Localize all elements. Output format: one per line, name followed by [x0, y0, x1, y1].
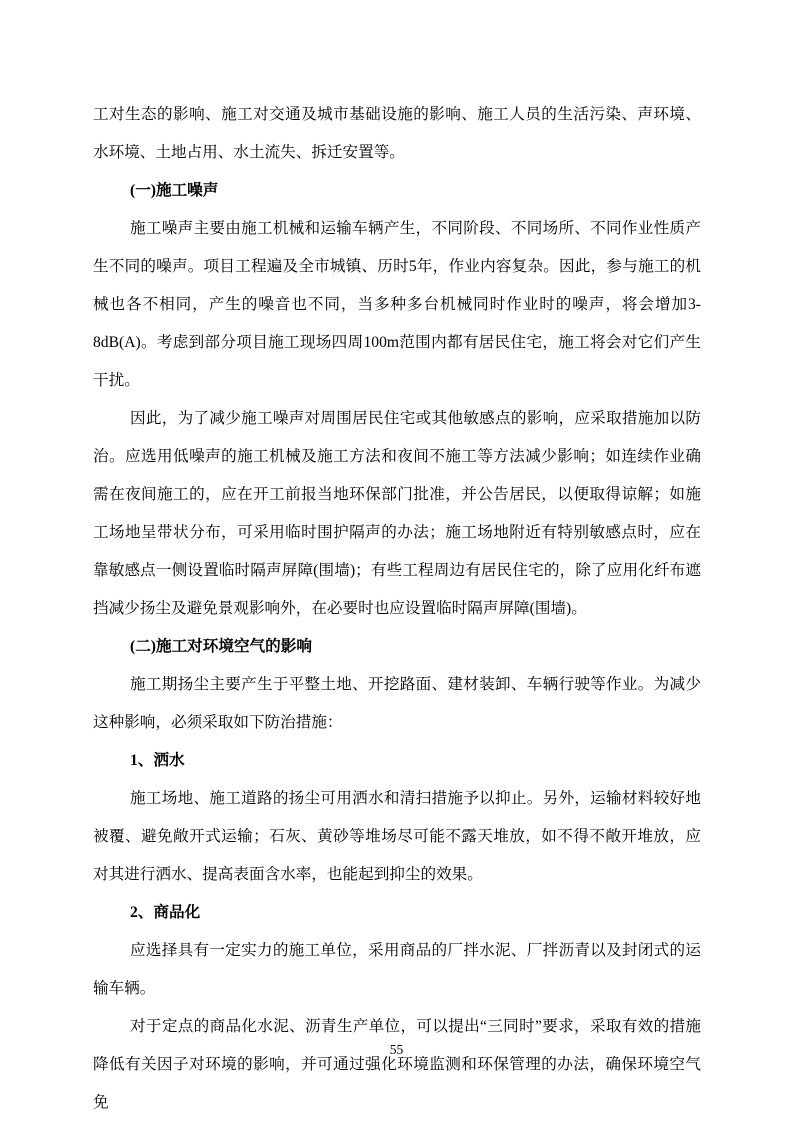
paragraph: 应选择具有一定实力的施工单位，采用商品的厂拌水泥、厂拌沥青以及封闭式的运输车辆。 [93, 932, 701, 1008]
page-number: 55 [0, 1041, 793, 1059]
subsection-heading-water-spray: 1、洒水 [93, 742, 701, 780]
page-content: 工对生态的影响、施工对交通及城市基础设施的影响、施工人员的生活污染、声环境、水环… [93, 96, 701, 1122]
paragraph: 施工噪声主要由施工机械和运输车辆产生，不同阶段、不同场所、不同作业性质产生不同的… [93, 210, 701, 400]
paragraph: 对于定点的商品化水泥、沥青生产单位，可以提出“三同时”要求，采取有效的措施降低有… [93, 1008, 701, 1122]
section-heading-air-impact: (二)施工对环境空气的影响 [93, 628, 701, 666]
paragraph: 施工期扬尘主要产生于平整土地、开挖路面、建材装卸、车辆行驶等作业。为减少这种影响… [93, 666, 701, 742]
document-page: 工对生态的影响、施工对交通及城市基础设施的影响、施工人员的生活污染、声环境、水环… [0, 0, 793, 1122]
paragraph: 施工场地、施工道路的扬尘可用洒水和清扫措施予以抑止。另外，运输材料较好地被覆、避… [93, 780, 701, 894]
paragraph: 因此，为了减少施工噪声对周围居民住宅或其他敏感点的影响，应采取措施加以防治。应选… [93, 400, 701, 628]
section-heading-construction-noise: (一)施工噪声 [93, 172, 701, 210]
paragraph-continuation: 工对生态的影响、施工对交通及城市基础设施的影响、施工人员的生活污染、声环境、水环… [93, 96, 701, 172]
subsection-heading-commercialization: 2、商品化 [93, 894, 701, 932]
